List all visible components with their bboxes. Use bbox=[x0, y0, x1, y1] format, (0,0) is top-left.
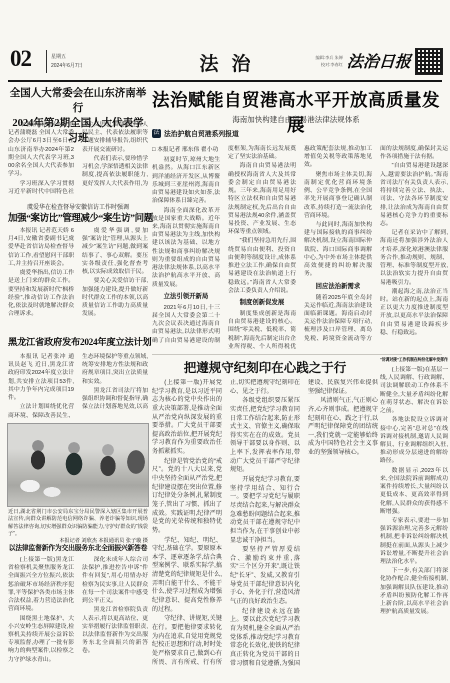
lead-body: □ 本报记者 邢东伟 翟小功初夏时节,琼州大地生机盎然。从海口江东新区到洋浦经济… bbox=[152, 145, 448, 353]
series-tag: 法 法治护航自贸港系列报道 bbox=[152, 128, 239, 138]
editor-credit: 编辑:李兵 朱婵 bbox=[293, 55, 343, 62]
photo-caption-text: 近日,湖北省荆门市公安局东宝分局民警深入辖区集市开展普法宣传,向群众讲解防范电信… bbox=[8, 509, 148, 537]
newspaper-page: 02 星期五 2024年6月7日 法治 编辑:李兵 朱婵 校对:李春红 法治日报… bbox=[0, 0, 450, 683]
article-xinfang-body: 本报讯 记者范天娇 6月4日,安徽省委副书记虞爱华赴省信访局检查督导信访工作,看… bbox=[8, 227, 148, 326]
series-tag-icon: 法 bbox=[152, 129, 161, 138]
article-procuratorate-title: 以法律监督新作为交出服务东北全面振兴新答卷 bbox=[8, 542, 148, 552]
series-tag-label: 法治护航自贸港系列报道 bbox=[164, 128, 239, 138]
article-npc-body: 本报济南6月6日电 记者蒲晓磊 全国人大常委会办公厅6月3日至6日在山东济南举办… bbox=[8, 121, 148, 198]
section-separator bbox=[152, 354, 442, 355]
mediation-article-title: “诉调对接”工作机制在纠纷化解中发挥作用 bbox=[380, 357, 448, 363]
qr-code-icon bbox=[416, 49, 442, 74]
newspaper-logo: 法治日报 bbox=[346, 49, 414, 72]
article-xinfang-title: 加强“案访比”管理减少“案生访”问题 bbox=[8, 210, 148, 224]
lead-subtitle: 海南加快构建自由贸易港法律法规体系 bbox=[150, 114, 442, 125]
discipline-article-title: 把遵规守纪刻印在心践之于行 bbox=[152, 358, 378, 376]
mediation-article-body: (上接第一版)在基层一线,人民调解、行政调解、司法调解联动工作体系不断健全,大量… bbox=[380, 366, 448, 676]
article-heilongjiang-body: 本报讯 记者张冲 通讯员赵飞 近日,黑龙江省政府印发2024年度立法计划,共安排… bbox=[8, 353, 148, 421]
discipline-article-body: (上接第一版)开展党纪学习教育,是以习近平同志为核心的党中央作出的重大决策部署,… bbox=[152, 379, 378, 676]
header-rule bbox=[8, 80, 442, 82]
mediation-article-title-text: “诉调对接”工作机制在纠纷化解中发挥作用 bbox=[380, 357, 448, 363]
news-photo bbox=[8, 424, 148, 506]
proofreader-credit: 校对:李春红 bbox=[293, 62, 343, 69]
article-procuratorate-body: (上接第一版)黑龙江省检察机关聚焦服务龙江全面振兴全方位振兴,依法惩治破坏市场经… bbox=[8, 556, 148, 676]
photo-caption: 近日,湖北省荆门市公安局东宝分局民警深入辖区集市开展普法宣传,向群众讲解防范电信… bbox=[8, 509, 148, 545]
article-heilongjiang-title: 黑龙江省政府发布2024年度立法计划 bbox=[8, 334, 148, 348]
staff-credits: 编辑:李兵 朱婵 校对:李春红 bbox=[293, 55, 343, 68]
